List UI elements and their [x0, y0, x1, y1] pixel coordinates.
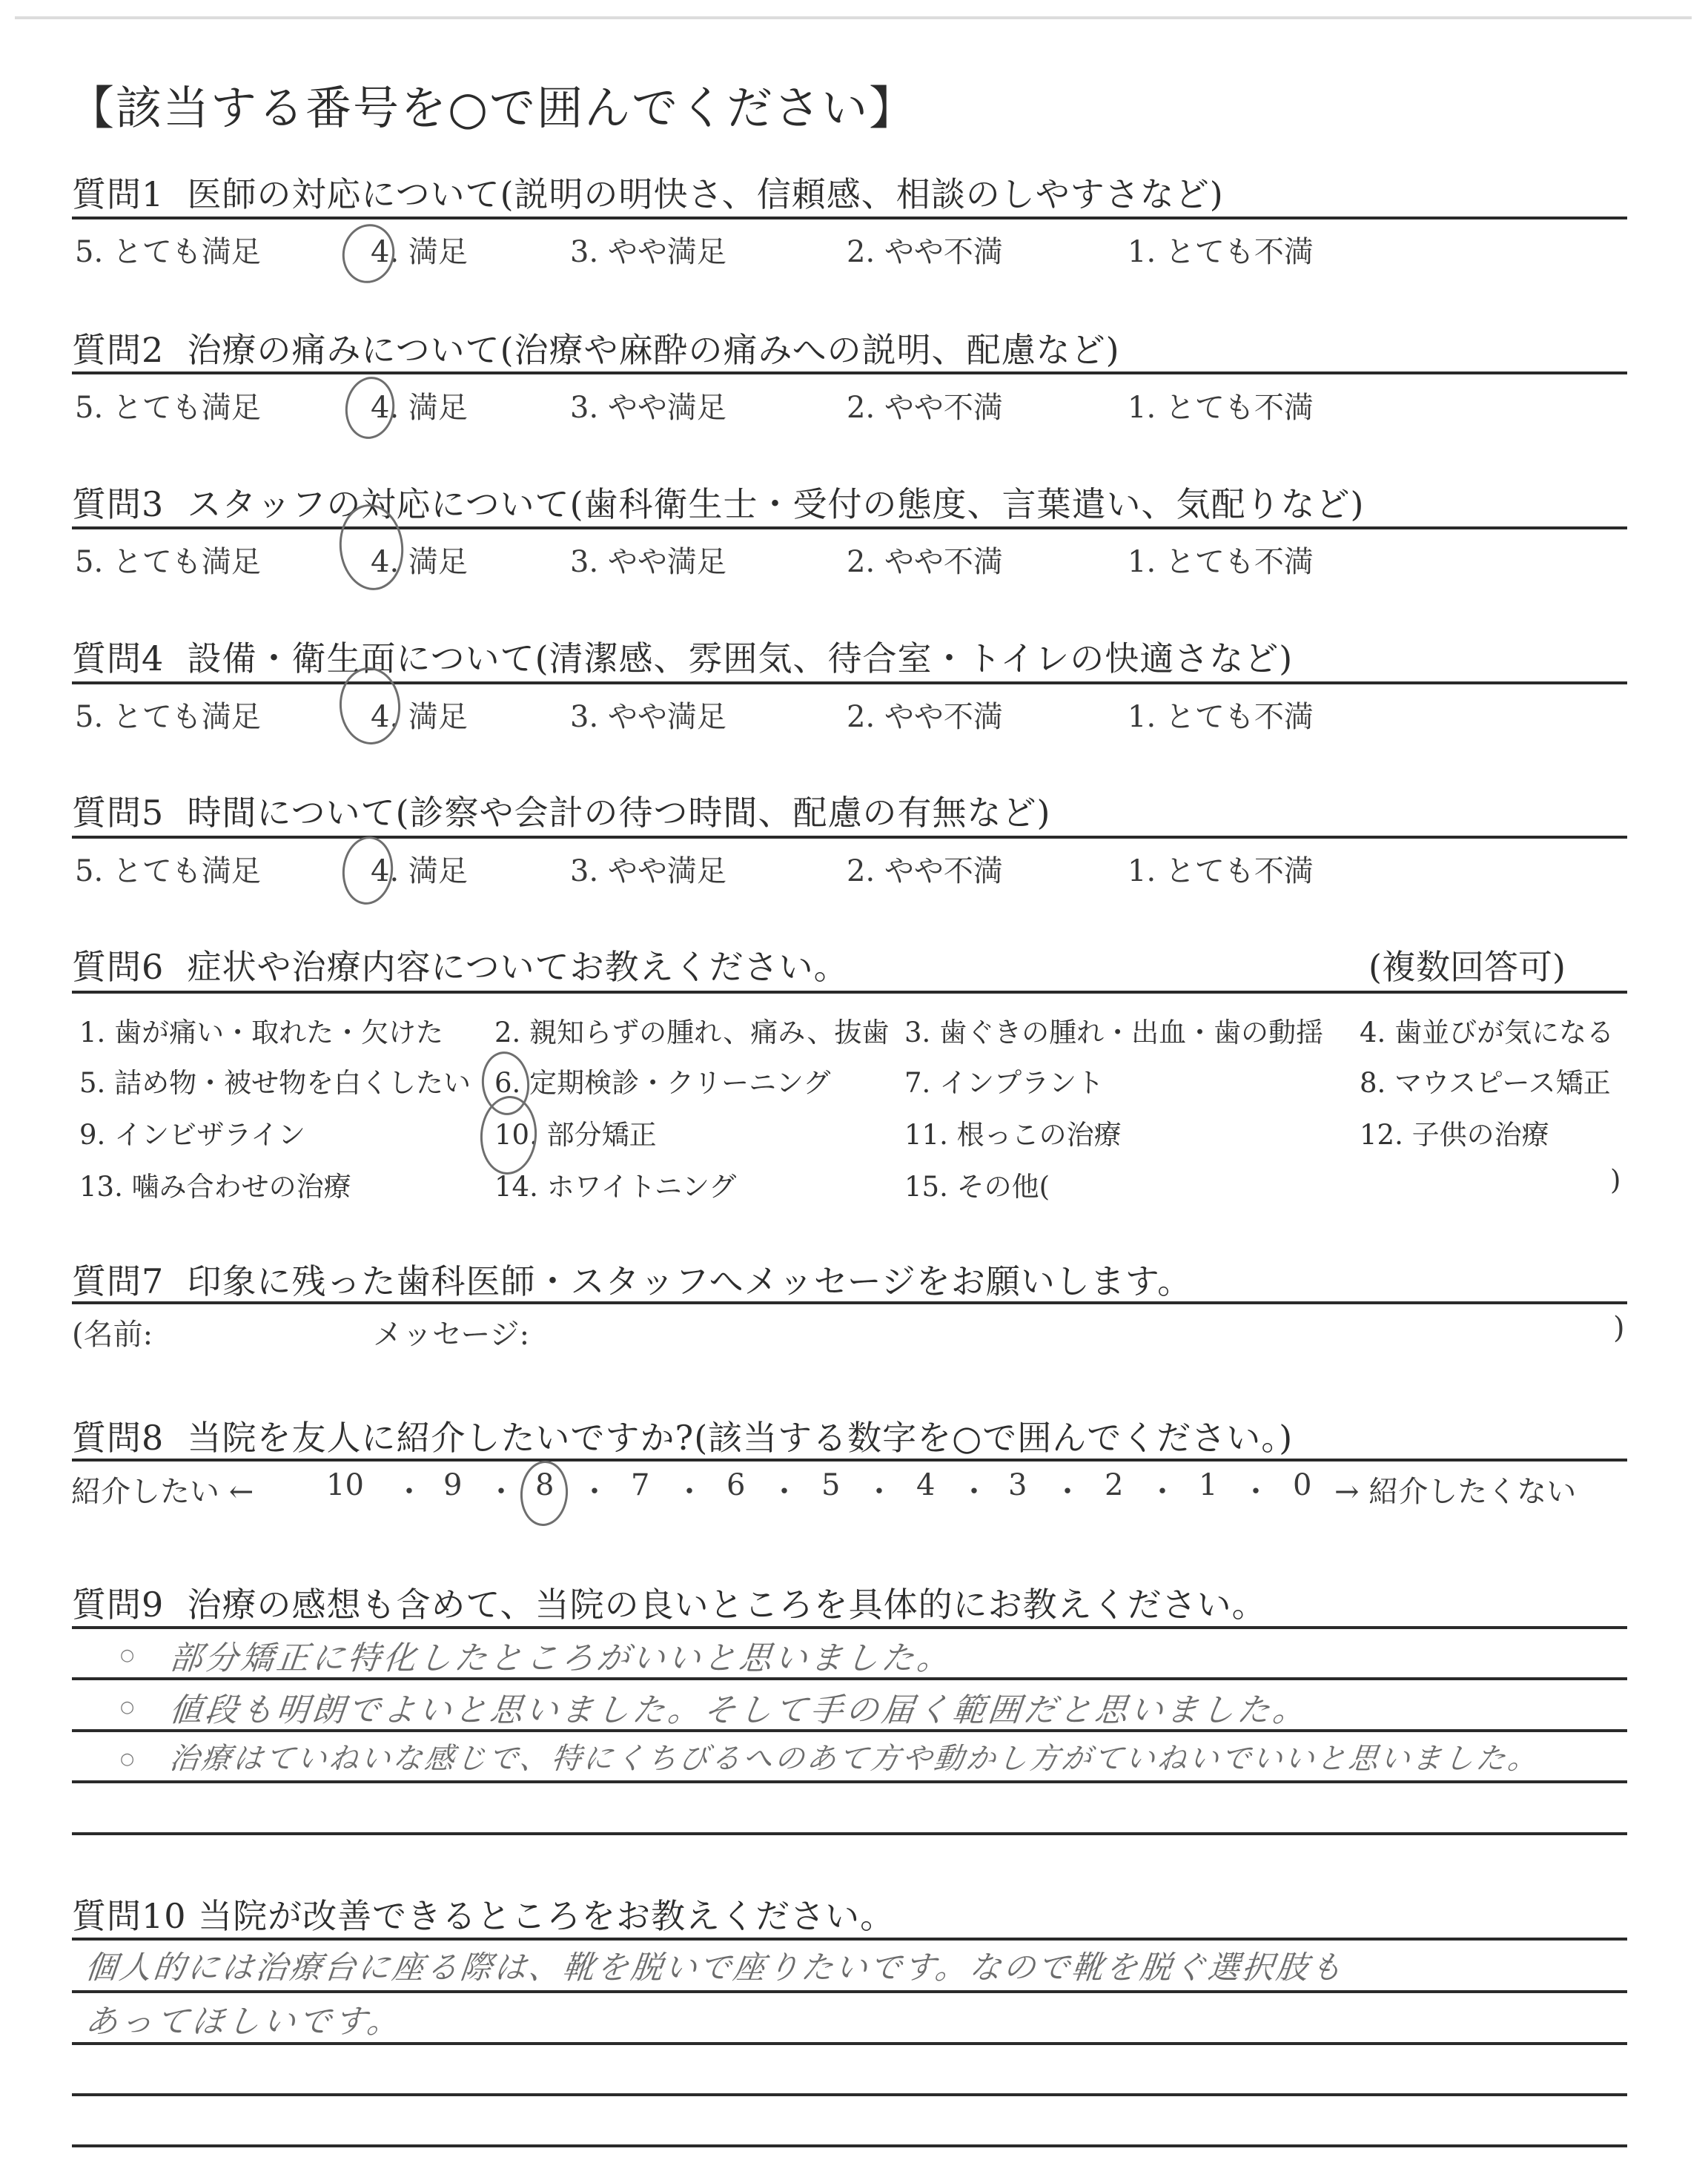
q6-item-1[interactable]: 1. 歯が痛い・取れた・欠けた [79, 1010, 443, 1050]
q5-option-3[interactable]: 3. やや満足 [570, 848, 726, 890]
q6-item-8[interactable]: 8. マウスピース矯正 [1360, 1060, 1611, 1100]
q3-option-3[interactable]: 3. やや満足 [570, 538, 726, 581]
q4-header: 質問4 設備・衛生面について(清潔感、雰囲気、待合室・トイレの快適さなど) [72, 632, 1293, 681]
q7-header: 質問7 印象に残った歯科医師・スタッフへメッセージをお願いします。 [72, 1255, 1192, 1304]
q2-option-2[interactable]: 2. やや不満 [847, 384, 1003, 426]
q8-score-5[interactable]: 5 [821, 1468, 840, 1502]
q6-item-3[interactable]: 3. 歯ぐきの腫れ・出血・歯の動揺 [904, 1010, 1323, 1050]
q6-other-close-paren: ) [1610, 1164, 1621, 1196]
page-title: 【該当する番号を○で囲んでください】 [68, 71, 916, 137]
q3-option-1[interactable]: 1. とても不満 [1128, 538, 1314, 581]
q10-answer-line-1: 個人的には治療台に座る際は、靴を脱いで座りたいです。なので靴を脱ぐ選択肢も [83, 1943, 1347, 1988]
q7-rule [72, 1301, 1627, 1304]
q8-score-3[interactable]: 3 [1008, 1468, 1027, 1502]
q2-label: 質問2 [72, 330, 164, 370]
q10-rule-2 [72, 1990, 1627, 1993]
q6-item-15-other[interactable]: 15. その他( [904, 1164, 1050, 1204]
q3-rule [72, 526, 1627, 529]
q9-label: 質問9 [72, 1585, 164, 1625]
q5-label: 質問5 [72, 793, 164, 833]
q3-option-5[interactable]: 5. とても満足 [75, 538, 261, 581]
q8-separator: ・ [1148, 1468, 1177, 1510]
q1-option-3[interactable]: 3. やや満足 [570, 228, 726, 271]
q9-answer-line-3: 治療はていねいな感じで、特にくちびるへのあて方や動かし方がていねいでいいと思いま… [168, 1735, 1542, 1777]
q8-separator: ・ [675, 1468, 704, 1510]
q8-separator: ・ [486, 1468, 516, 1510]
q9-bullet-1: ○ [120, 1646, 134, 1665]
q8-right-label: → 紹介したくない [1334, 1468, 1576, 1510]
q5-rule [72, 836, 1627, 839]
q6-rule [72, 991, 1627, 994]
q10-rule-3 [72, 2042, 1627, 2045]
q10-label: 質問10 [72, 1896, 187, 1936]
q5-option-5[interactable]: 5. とても満足 [75, 848, 261, 890]
q1-option-1[interactable]: 1. とても不満 [1128, 228, 1314, 271]
q8-separator: ・ [394, 1468, 424, 1510]
q5-header: 質問5 時間について(診察や会計の待つ時間、配慮の有無など) [72, 786, 1051, 835]
q9-bullet-3: ○ [120, 1750, 134, 1768]
q7-text: 印象に残った歯科医師・スタッフへメッセージをお願いします。 [188, 1261, 1193, 1301]
q8-separator: ・ [580, 1468, 609, 1510]
q6-header: 質問6 症状や治療内容についてお教えください。 [72, 940, 849, 989]
q4-option-5[interactable]: 5. とても満足 [75, 693, 261, 736]
q5-option-1[interactable]: 1. とても不満 [1128, 848, 1314, 890]
q1-header: 質問1 医師の対応について(説明の明快さ、信頼感、相談のしやすさなど) [72, 168, 1224, 217]
q2-text: 治療の痛みについて(治療や麻酔の痛みへの説明、配慮など) [188, 330, 1120, 370]
q10-answer-line-2: あってほしいです。 [83, 1995, 406, 2042]
q8-label: 質問8 [72, 1418, 164, 1458]
q3-header: 質問3 スタッフの対応について(歯科衛生士・受付の態度、言葉遣い、気配りなど) [72, 478, 1365, 526]
q8-text: 当院を友人に紹介したいですか?(該当する数字を○で囲んでください。) [188, 1418, 1294, 1458]
scan-top-edge [15, 16, 1692, 19]
q6-multiple-answers-note: (複数回答可) [1368, 940, 1566, 989]
q9-answer-line-2: 値段も明朗でよいと思いました。そして手の届く範囲だと思いました。 [168, 1683, 1311, 1731]
q5-selection-circle [339, 834, 396, 908]
q8-rule [72, 1459, 1627, 1462]
q6-item-12[interactable]: 12. 子供の治療 [1360, 1112, 1549, 1152]
q7-message-label: メッセージ: [373, 1311, 529, 1353]
q2-option-5[interactable]: 5. とても満足 [75, 384, 261, 426]
q10-text: 当院が改善できるところをお教えください。 [198, 1896, 895, 1936]
q6-item-7[interactable]: 7. インプラント [904, 1060, 1104, 1100]
q10-header: 質問10 当院が改善できるところをお教えください。 [72, 1889, 895, 1938]
q7-name-label: (名前: [72, 1311, 153, 1353]
q6-item-5[interactable]: 5. 詰め物・被せ物を白くしたい [79, 1060, 471, 1100]
q6-item-14[interactable]: 14. ホワイトニング [494, 1164, 736, 1204]
q8-separator: ・ [959, 1468, 989, 1510]
q6-item-9[interactable]: 9. インビザライン [79, 1112, 305, 1152]
q7-label: 質問7 [72, 1261, 164, 1301]
q8-separator: ・ [769, 1468, 799, 1510]
q9-header: 質問9 治療の感想も含めて、当院の良いところを具体的にお教えください。 [72, 1578, 1267, 1627]
q2-header: 質問2 治療の痛みについて(治療や麻酔の痛みへの説明、配慮など) [72, 323, 1120, 372]
q8-selection-circle [518, 1459, 570, 1527]
q2-rule [72, 371, 1627, 374]
q2-option-3[interactable]: 3. やや満足 [570, 384, 726, 426]
q8-score-9[interactable]: 9 [443, 1468, 462, 1502]
q7-name-field[interactable] [148, 1311, 356, 1348]
q8-score-6[interactable]: 6 [726, 1468, 745, 1502]
q6-label: 質問6 [72, 947, 164, 987]
q3-option-2[interactable]: 2. やや不満 [847, 538, 1003, 581]
q1-option-5[interactable]: 5. とても満足 [75, 228, 261, 271]
q8-left-label: 紹介したい ← [71, 1468, 254, 1510]
q6-item-13[interactable]: 13. 噛み合わせの治療 [79, 1164, 351, 1204]
q10-rule-5 [72, 2144, 1627, 2147]
q8-separator: ・ [864, 1468, 894, 1510]
q9-rule-4 [72, 1780, 1627, 1783]
q8-score-4[interactable]: 4 [916, 1468, 935, 1502]
q1-text: 医師の対応について(説明の明快さ、信頼感、相談のしやすさなど) [188, 174, 1224, 214]
q8-separator: ・ [1053, 1468, 1082, 1510]
q4-option-2[interactable]: 2. やや不満 [847, 693, 1003, 736]
q4-option-3[interactable]: 3. やや満足 [570, 693, 726, 736]
q8-score-2[interactable]: 2 [1105, 1468, 1123, 1502]
q6-item-4[interactable]: 4. 歯並びが気になる [1360, 1010, 1614, 1050]
q2-option-1[interactable]: 1. とても不満 [1128, 384, 1314, 426]
q9-rule-1 [72, 1626, 1627, 1629]
q8-score-1[interactable]: 1 [1199, 1468, 1217, 1502]
q6-item-11[interactable]: 11. 根っこの治療 [904, 1112, 1122, 1152]
q4-label: 質問4 [72, 638, 164, 678]
q3-label: 質問3 [72, 484, 164, 524]
q1-label: 質問1 [72, 174, 164, 214]
q9-bullet-2: ○ [120, 1698, 134, 1717]
q6-item-6[interactable]: 6. 定期検診・クリーニング [494, 1060, 830, 1100]
q9-rule-5 [72, 1832, 1627, 1835]
q8-score-0[interactable]: 0 [1293, 1468, 1311, 1502]
q8-separator: ・ [1241, 1468, 1271, 1510]
q8-header: 質問8 当院を友人に紹介したいですか?(該当する数字を○で囲んでください。) [72, 1411, 1293, 1460]
q4-rule [72, 681, 1627, 684]
q9-text: 治療の感想も含めて、当院の良いところを具体的にお教えください。 [188, 1585, 1267, 1625]
q10-rule-4 [72, 2093, 1627, 2096]
q5-option-2[interactable]: 2. やや不満 [847, 848, 1003, 890]
q8-score-10[interactable]: 10 [326, 1468, 364, 1502]
q9-answer-line-1: 部分矯正に特化したところがいいと思いました。 [168, 1631, 956, 1679]
q5-text: 時間について(診察や会計の待つ時間、配慮の有無など) [188, 793, 1051, 833]
q1-option-2[interactable]: 2. やや不満 [847, 228, 1003, 271]
q7-close-paren: ) [1613, 1311, 1625, 1345]
q8-score-7[interactable]: 7 [631, 1468, 649, 1502]
q4-option-1[interactable]: 1. とても不満 [1128, 693, 1314, 736]
q1-rule [72, 217, 1627, 219]
q6-item-2[interactable]: 2. 親知らずの腫れ、痛み、抜歯 [494, 1010, 890, 1050]
q10-rule-1 [72, 1938, 1627, 1941]
q6-text: 症状や治療内容についてお教えください。 [188, 947, 849, 987]
q7-message-field[interactable] [549, 1311, 1601, 1348]
